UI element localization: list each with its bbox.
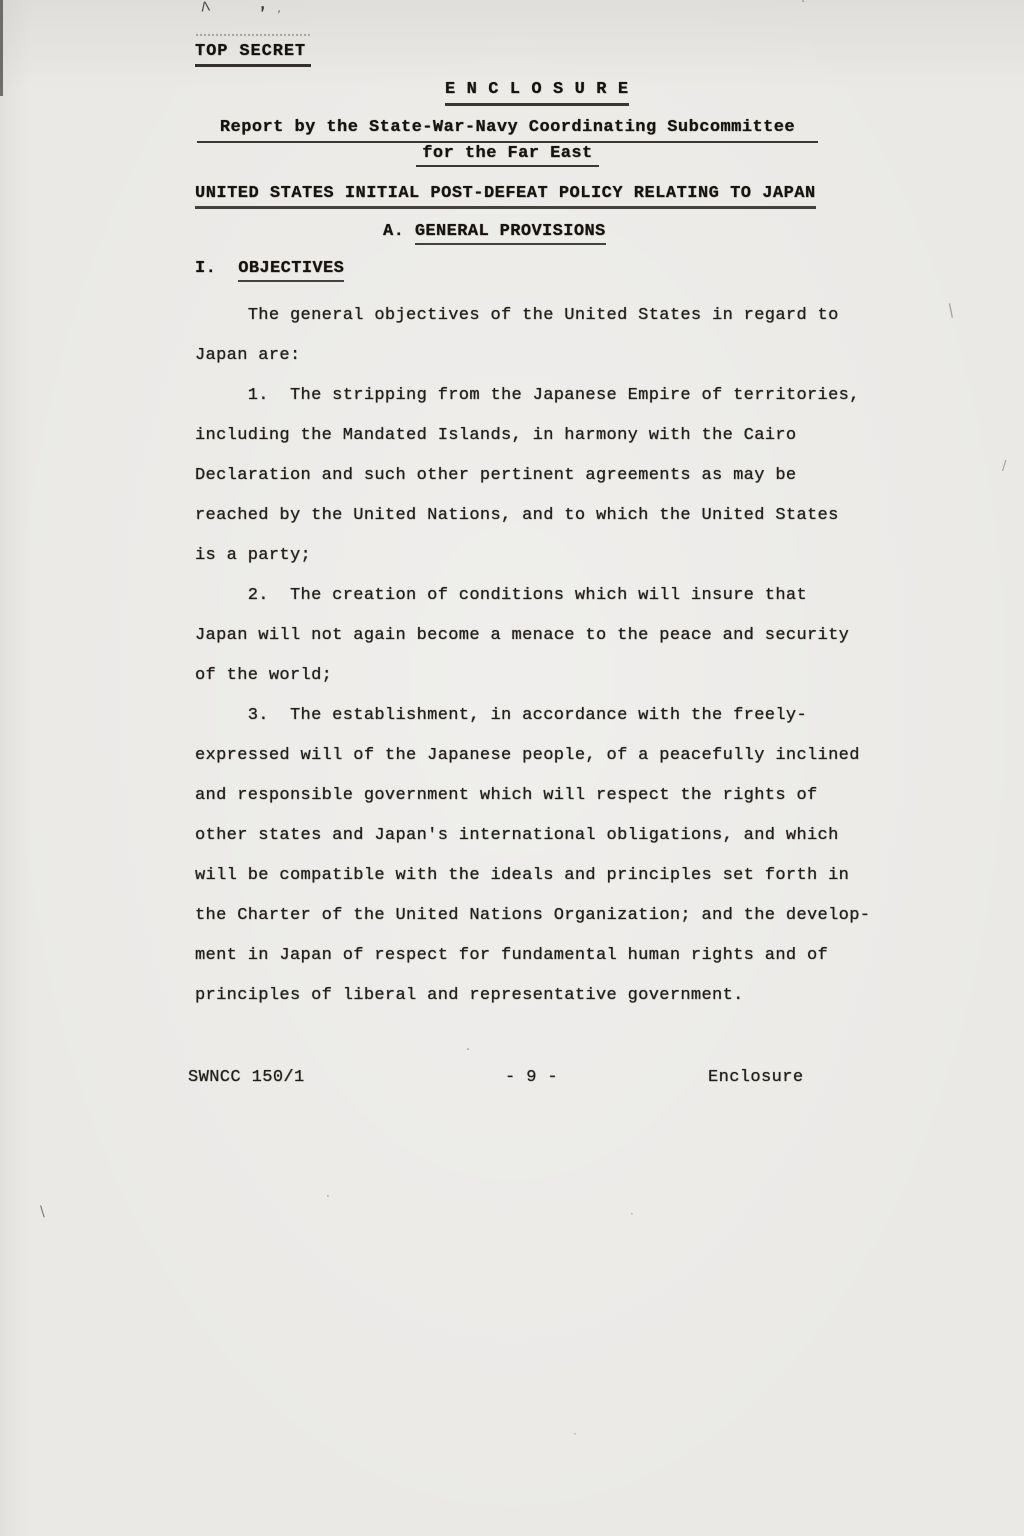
classification-stamp: TOP SECRET <box>195 42 311 67</box>
part-label: I. <box>195 259 216 278</box>
document-body: The general objectives of the United Sta… <box>195 296 895 1016</box>
scan-artifact: , <box>277 2 281 15</box>
text-line: Declaration and such other pertinent agr… <box>195 456 895 496</box>
footer-page-number: - 9 - <box>505 1068 558 1087</box>
classification-text: TOP SECRET <box>195 42 311 67</box>
scan-artifact: · <box>326 1190 330 1202</box>
scan-artifact: Λ <box>200 0 211 14</box>
text-line: is a party; <box>195 536 895 576</box>
text-line: principles of liberal and representative… <box>195 976 895 1016</box>
scan-artifact: · <box>630 1208 634 1220</box>
text-line: ment in Japan of respect for fundamental… <box>195 936 895 976</box>
footer-doc-number: SWNCC 150/1 <box>188 1068 305 1087</box>
enclosure-heading-text: E N C L O S U R E <box>445 80 629 106</box>
scan-artifact: · <box>573 1428 577 1440</box>
scanned-document-page: TOP SECRET E N C L O S U R E Report by t… <box>0 0 1024 1536</box>
enclosure-heading: E N C L O S U R E <box>445 80 629 106</box>
scan-artifact: \ <box>40 1205 45 1219</box>
text-line: will be compatible with the ideals and p… <box>195 856 895 896</box>
text-line: expressed will of the Japanese people, o… <box>195 736 895 776</box>
scan-artifact: / <box>1002 460 1006 473</box>
text-line: of the world; <box>195 656 895 696</box>
section-title-text: GENERAL PROVISIONS <box>415 222 606 245</box>
part-heading: I.OBJECTIVES <box>195 259 344 282</box>
scan-artifact: · <box>466 1044 470 1057</box>
report-title-line2: for the Far East <box>197 144 818 167</box>
text-line: 2. The creation of conditions which will… <box>195 576 895 616</box>
text-line: The general objectives of the United Sta… <box>195 296 895 336</box>
section-label: A. <box>383 222 404 241</box>
report-title-block: Report by the State-War-Navy Coordinatin… <box>197 118 818 167</box>
section-heading: A. GENERAL PROVISIONS <box>383 222 606 245</box>
scan-artifact: , <box>256 0 267 14</box>
text-line: and responsible government which will re… <box>195 776 895 816</box>
footer-enclosure-label: Enclosure <box>708 1068 803 1087</box>
text-line: other states and Japan's international o… <box>195 816 895 856</box>
scan-artifact: · <box>801 0 805 9</box>
text-line: Japan are: <box>195 336 895 376</box>
text-line: reached by the United Nations, and to wh… <box>195 496 895 536</box>
text-line: 1. The stripping from the Japanese Empir… <box>195 376 895 416</box>
text-line: including the Mandated Islands, in harmo… <box>195 416 895 456</box>
smudge-line-artifact <box>196 34 310 36</box>
scan-artifact: \ <box>947 303 954 321</box>
report-title-line1: Report by the State-War-Navy Coordinatin… <box>197 118 818 143</box>
scan-edge-artifact <box>0 0 3 96</box>
text-line: the Charter of the United Nations Organi… <box>195 896 895 936</box>
document-title-text: UNITED STATES INITIAL POST-DEFEAT POLICY… <box>195 184 816 209</box>
text-line: 3. The establishment, in accordance with… <box>195 696 895 736</box>
part-title-text: OBJECTIVES <box>238 259 344 282</box>
text-line: Japan will not again become a menace to … <box>195 616 895 656</box>
document-title: UNITED STATES INITIAL POST-DEFEAT POLICY… <box>195 184 816 209</box>
